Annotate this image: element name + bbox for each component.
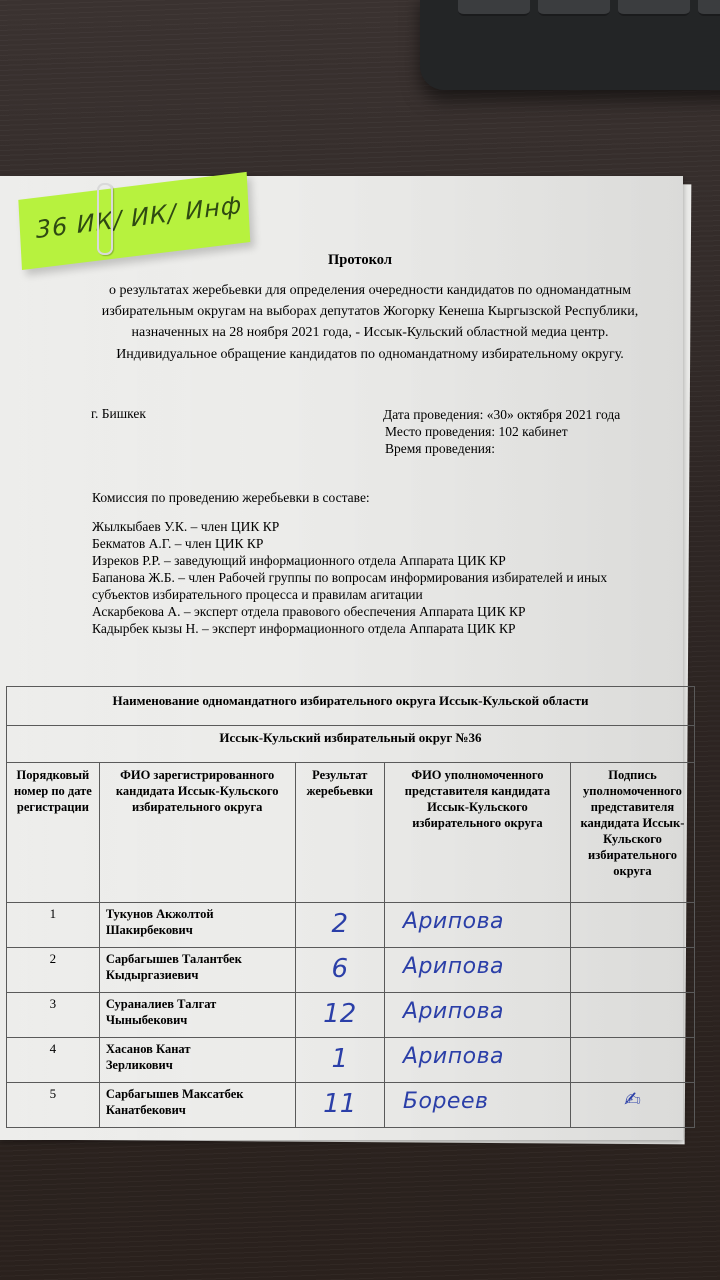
row-number: 3: [7, 993, 100, 1038]
representative-name: Арипова: [384, 903, 570, 948]
city-label: г. Бишкек: [91, 406, 146, 422]
subtitle-line: избирательным округам на выборах депутат…: [80, 301, 660, 322]
candidate-name-line: Сарбагышев Максатбек: [106, 1086, 289, 1102]
paperclip-icon: [97, 183, 113, 255]
table-row: 2 Сарбагышев Талантбек Кыдыргазиевич 6 А…: [7, 948, 695, 993]
candidate-name: Сураналиев Талгат Чыныбекович: [99, 993, 295, 1038]
column-header-candidate: ФИО зарегистрированного кандидата Иссык-…: [99, 763, 295, 903]
keyboard-key: [698, 0, 720, 16]
member-item: Кадырбек кызы Н. – эксперт информационно…: [92, 620, 662, 637]
candidate-name-line: Чыныбекович: [106, 1012, 289, 1028]
document-subtitle: о результатах жеребьевки для определения…: [80, 280, 660, 343]
keyboard-key: [618, 0, 690, 16]
representative-name: Арипова: [384, 993, 570, 1038]
representative-signature: [570, 1038, 694, 1083]
representative-signature: [570, 903, 694, 948]
row-number: 1: [7, 903, 100, 948]
table-row: 5 Сарбагышев Максатбек Канатбекович 11 Б…: [7, 1083, 695, 1128]
member-item: Бапанова Ж.Б. – член Рабочей группы по в…: [92, 569, 662, 603]
table-row: 1 Тукунов Акжолтой Шакирбекович 2 Арипов…: [7, 903, 695, 948]
candidate-name-line: Кыдыргазиевич: [106, 967, 289, 983]
column-header-result: Результат жеребьевки: [295, 763, 384, 903]
candidate-name-line: Зерликович: [106, 1057, 289, 1073]
sticky-note-text: 36 ИК/ ИК/ Инф: [35, 191, 243, 244]
member-item: Жылкыбаев У.К. – член ЦИК КР: [92, 518, 662, 535]
column-header-signature: Подпись уполномоченного представителя ка…: [570, 763, 694, 903]
signature-scribble-icon: ✍: [570, 1083, 694, 1128]
candidate-name-line: Хасанов Канат: [106, 1041, 289, 1057]
draw-results-table: Наименование одномандатного избирательно…: [6, 686, 695, 1128]
draw-result: 2: [295, 903, 384, 948]
row-number: 5: [7, 1083, 100, 1128]
district-header: Иссык-Кульский избирательный округ №36: [7, 726, 695, 763]
candidate-name: Сарбагышев Талантбек Кыдыргазиевич: [99, 948, 295, 993]
table-row: 3 Сураналиев Талгат Чыныбекович 12 Арипо…: [7, 993, 695, 1038]
draw-result: 12: [295, 993, 384, 1038]
candidate-name-line: Тукунов Акжолтой: [106, 906, 289, 922]
representative-name: Арипова: [384, 1038, 570, 1083]
commission-title: Комиссия по проведению жеребьевки в сост…: [92, 490, 370, 506]
column-header-representative: ФИО уполномоченного представителя кандид…: [384, 763, 570, 903]
keyboard-key: [538, 0, 610, 16]
row-number: 4: [7, 1038, 100, 1083]
member-item: Бекматов А.Г. – член ЦИК КР: [92, 535, 662, 552]
table-row: 4 Хасанов Канат Зерликович 1 Арипова: [7, 1038, 695, 1083]
candidate-name-line: Канатбекович: [106, 1102, 289, 1118]
representative-name: Арипова: [384, 948, 570, 993]
member-item: Изреков Р.Р. – заведующий информационног…: [92, 552, 662, 569]
representative-signature: [570, 993, 694, 1038]
event-time: Время проведения:: [383, 440, 620, 457]
row-number: 2: [7, 948, 100, 993]
draw-result: 11: [295, 1083, 384, 1128]
candidate-name: Хасанов Канат Зерликович: [99, 1038, 295, 1083]
subtitle-line: о результатах жеребьевки для определения…: [80, 280, 660, 301]
candidate-name-line: Сураналиев Талгат: [106, 996, 289, 1012]
member-item: Аскарбекова А. – эксперт отдела правовог…: [92, 603, 662, 620]
draw-result: 6: [295, 948, 384, 993]
column-header-number: Порядковый номер по дате регистрации: [7, 763, 100, 903]
candidate-name: Тукунов Акжолтой Шакирбекович: [99, 903, 295, 948]
candidate-name: Сарбагышев Максатбек Канатбекович: [99, 1083, 295, 1128]
event-date: Дата проведения: «30» октября 2021 года: [383, 406, 620, 423]
candidate-name-line: Шакирбекович: [106, 922, 289, 938]
event-place: Место проведения: 102 кабинет: [383, 423, 620, 440]
representative-signature: [570, 948, 694, 993]
commission-members: Жылкыбаев У.К. – член ЦИК КР Бекматов А.…: [92, 518, 662, 637]
keyboard: [420, 0, 720, 90]
subtitle-line: назначенных на 28 ноября 2021 года, - Ис…: [80, 322, 660, 343]
keyboard-key: [458, 0, 530, 16]
event-meta: Дата проведения: «30» октября 2021 года …: [383, 406, 620, 457]
region-header: Наименование одномандатного избирательно…: [7, 687, 695, 726]
draw-result: 1: [295, 1038, 384, 1083]
representative-name: Бореев: [384, 1083, 570, 1128]
appeal-line: Индивидуальное обращение кандидатов по о…: [80, 347, 660, 363]
candidate-name-line: Сарбагышев Талантбек: [106, 951, 289, 967]
